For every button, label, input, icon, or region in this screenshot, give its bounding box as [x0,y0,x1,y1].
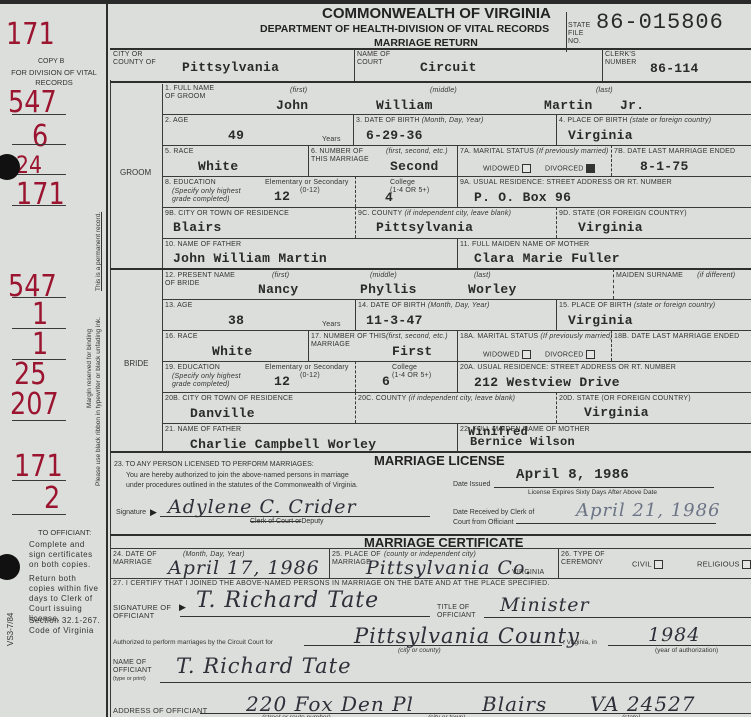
bride-pob-label: 15. PLACE OF BIRTH (state or foreign cou… [559,302,715,310]
ink-note: Please use black ribbon in typewriter or… [95,317,102,486]
bride-section-label: BRIDE [124,359,148,368]
officiant-signature: T. Richard Tate [196,588,379,613]
groom-age-label: 2. AGE [165,117,188,125]
edu-college-label: College [390,179,415,187]
middle-hint: (middle) [370,272,397,280]
bride-father-label: 21. NAME OF FATHER [165,426,241,434]
signature-arrow-icon: ▶ [179,602,186,613]
first-hint: (first) [290,87,307,95]
bride-middle-name: Phyllis [360,282,417,297]
binding-note: Margin reserved for binding [86,329,93,408]
index-number: 207 [10,390,59,420]
groom-county: Pittsylvania [376,220,473,235]
marriage-return-form: 171 COPY B FOR DIVISION OF VITAL RECORDS… [0,4,751,717]
edu-college-range: (1-4 or 5+) [392,372,431,380]
permanent-record-note: This is a permanent record. [95,212,102,291]
clerk-number-value: 86-114 [650,61,699,76]
marriage-num-hint: (first, second, etc.) [386,333,448,341]
received-label: Date Received by Clerk of Court from Off… [453,508,534,528]
groom-last-ended-label: 7b. DATE LAST MARRIAGE ENDED [614,148,735,156]
clerk-signature: Adylene C. Crider [168,496,357,518]
certify-statement: 27. I CERTIFY THAT I JOINED THE ABOVE-NA… [113,580,550,587]
bride-edu-elem: 12 [274,374,290,389]
to-officiant-title: TO OFFICIANT: [38,528,91,537]
authorized-label: Authorized to perform marriages by the C… [113,639,273,646]
middle-hint: (middle) [430,87,457,95]
groom-divorced-option[interactable]: DIVORCED [545,164,595,173]
groom-father: John William Martin [173,251,327,266]
groom-residence: P. O. Box 96 [474,190,571,205]
years-label: Years [322,321,341,329]
city-county-hint: (city or county) [398,647,441,654]
license-instruction-3: under procedures outlined in the statute… [126,482,358,489]
bride-last-name: Worley [468,282,517,297]
license-instruction-2: You are hereby authorized to join the ab… [126,472,349,479]
maiden-surname-label: MAIDEN SURNAME (if different) [616,272,735,280]
edu-college-range: (1-4 or 5+) [390,187,429,195]
groom-widowed-option[interactable]: WIDOWED [483,164,531,173]
virginia-in-label: , Virginia, in [563,639,597,646]
bride-residence-label: 20a. USUAL RESIDENCE: STREET ADDRESS OR … [460,364,676,372]
marriage-place: Pittsylvania Co. [366,557,532,579]
officiant-title-label: TITLE OF OFFICIANT [437,604,487,620]
index-number: 171 [14,452,63,482]
groom-suffix: Jr. [620,98,644,113]
civil-checkbox[interactable] [654,560,663,569]
last-hint: (last) [596,87,613,95]
civil-option[interactable]: CIVIL [632,560,663,569]
city-county-label: CITY OR COUNTY OF [113,51,158,67]
groom-mother: Clara Marie Fuller [474,251,620,266]
marriage-num-hint: (first, second, etc.) [386,148,448,156]
index-number: 171 [6,20,55,50]
authorization-year: 1984 [648,624,700,646]
to-officiant-note-1: Complete and sign certificates on both c… [29,540,103,570]
officiant-name: T. Richard Tate [176,654,352,678]
groom-residence-label: 9a. USUAL RESIDENCE: STREET ADDRESS OR R… [460,179,672,187]
index-number: 25 [14,360,46,390]
bride-race: White [212,344,253,359]
bride-city-label: 20b. CITY OR TOWN OF RESIDENCE [165,395,293,403]
groom-edu-college: 4 [385,190,393,205]
officiant-title: Minister [500,594,590,616]
officiant-signature-label: SIGNATURE OF OFFICIANT [113,604,173,620]
groom-city-label: 9b. CITY OR TOWN OF RESIDENCE [165,210,289,218]
edu-elem-range: (0-12) [300,187,320,195]
groom-last-ended: 8-1-75 [640,159,689,174]
section-reference: Section 32.1-267. Code of Virginia [29,616,103,636]
groom-pob-label: 4. PLACE OF BIRTH (state or foreign coun… [559,117,711,125]
signature-arrow-icon: ▶ [150,507,157,518]
groom-dob: 6-29-36 [366,128,423,143]
bride-pob: Virginia [568,313,633,328]
bride-city: Danville [190,406,255,421]
groom-name-label: 1. FULL NAME OF GROOM [165,85,225,101]
officiant-address-label: ADDRESS OF OFFICIANT [113,707,207,715]
groom-mother-label: 11. FULL MAIDEN NAME OF MOTHER [460,241,589,249]
edu-hint: (Specify only highest grade completed) [172,373,252,389]
bride-marriage-num-label: 17. NUMBER OF THIS MARRIAGE [311,333,391,349]
groom-marriage-num-label: 6. NUMBER OF THIS MARRIAGE [311,148,381,164]
license-signature-label: Signature [116,509,146,516]
date-issued-label: Date Issued [453,481,490,488]
index-number: 2 [44,484,60,514]
last-hint: (last) [474,272,491,280]
year-hint: (year of authorization) [655,647,718,654]
bride-race-label: 16. RACE [165,333,198,341]
groom-edu-label: 8. EDUCATION [165,179,216,187]
groom-first-name: John [276,98,308,113]
edu-elem-label: Elementary or Secondary [265,179,349,187]
religious-option[interactable]: RELIGIOUS [697,560,751,569]
bride-state-label: 20d. STATE (OR FOREIGN COUNTRY) [559,395,691,403]
state-file-number: 86-015806 [596,10,724,35]
bride-name-label: 12. PRESENT NAME OF BRIDE [165,272,235,288]
groom-pob: Virginia [568,128,633,143]
marriage-date-label: 24. DATE OF MARRIAGE [113,551,163,567]
signer-title: Clerk of Court orDeputy [250,518,324,525]
bride-first-name: Nancy [258,282,299,297]
groom-age: 49 [228,128,244,143]
form-title: COMMONWEALTH OF VIRGINIA [322,5,551,22]
bride-marital-label: 18a. MARITAL STATUS (If previously marri… [460,333,613,341]
groom-race-label: 5. RACE [165,148,194,156]
bride-divorced-option[interactable]: DIVORCED [545,350,595,359]
expires-note: License Expires Sixty Days After Above D… [528,489,657,496]
groom-state-label: 9d. STATE (OR FOREIGN COUNTRY) [559,210,687,218]
ceremony-type-label: 26. TYPE OF CEREMONY [561,551,611,567]
edu-college-label: College [392,364,417,372]
divorced-checkbox[interactable] [586,350,595,359]
groom-marriage-num: Second [390,159,439,174]
marriage-place-state: VIRGINIA [512,569,544,577]
license-heading: MARRIAGE LICENSE [374,453,505,468]
edu-hint: (Specify only highest grade completed) [172,188,252,204]
edu-elem-range: (0-12) [300,372,320,380]
officiant-name-label: NAME OF OFFICIANT [113,659,153,675]
court-name-label: NAME OF COURT [357,51,397,67]
years-label: Years [322,136,341,144]
bride-residence: 212 Westview Drive [474,375,620,390]
first-hint: (first) [272,272,289,280]
groom-marital-label: 7a. MARITAL STATUS (If previously marrie… [460,148,609,156]
divorced-checkbox-checked[interactable] [586,164,595,173]
clerk-number-label: CLERK'S NUMBER [605,51,645,67]
groom-father-label: 10. NAME OF FATHER [165,241,241,249]
bride-age-label: 13. AGE [165,302,192,310]
binder-hole [0,554,20,580]
groom-last-name: Martin [544,98,593,113]
form-code: VS3-7/84 [6,613,15,646]
groom-section-label: GROOM [120,168,151,177]
bride-marriage-num: First [392,344,433,359]
bride-dob-label: 14. DATE OF BIRTH (Month, Day, Year) [358,302,490,310]
date-received: April 21, 1986 [576,500,721,521]
bride-edu-college: 6 [382,374,390,389]
bride-edu-label: 19. EDUCATION [165,364,220,372]
bride-widowed-option[interactable]: WIDOWED [483,350,531,359]
groom-edu-elem: 12 [274,189,290,204]
bride-last-ended-label: 18b. DATE LAST MARRIAGE ENDED [614,333,739,341]
bride-mother-line2: Bernice Wilson [470,435,575,449]
date-issued: April 8, 1986 [516,467,629,483]
bride-dob: 11-3-47 [366,313,423,328]
widowed-checkbox[interactable] [522,350,531,359]
bride-age: 38 [228,313,244,328]
department: DEPARTMENT OF HEALTH-DIVISION OF VITAL R… [260,23,549,35]
index-number: 1 [32,300,48,330]
copy-label: COPY B [38,58,64,65]
groom-city: Blairs [173,220,222,235]
religious-checkbox[interactable] [742,560,751,569]
bride-county-label: 20c. COUNTY (if independent city, leave … [358,395,515,403]
type-or-print-hint: (type or print) [113,676,146,682]
state-file-label: STATEFILENO. [568,22,591,46]
groom-race: White [198,159,239,174]
index-number: 1 [32,330,48,360]
edu-elem-label: Elementary or Secondary [265,364,349,372]
groom-dob-label: 3. DATE OF BIRTH (Month, Day, Year) [356,117,483,125]
widowed-checkbox[interactable] [522,164,531,173]
marriage-date: April 17, 1986 [168,557,320,579]
groom-state: Virginia [578,220,643,235]
bride-father: Charlie Campbell Worley [190,437,376,452]
bride-state: Virginia [584,405,649,420]
groom-middle-name: William [376,98,433,113]
city-county-value: Pittsylvania [182,60,279,75]
index-number: 6 [32,122,48,152]
court-name-value: Circuit [420,60,477,75]
license-instruction-1: 23. TO ANY PERSON LICENSED TO PERFORM MA… [114,461,314,468]
groom-county-label: 9c. COUNTY (if independent city, leave b… [358,210,511,218]
